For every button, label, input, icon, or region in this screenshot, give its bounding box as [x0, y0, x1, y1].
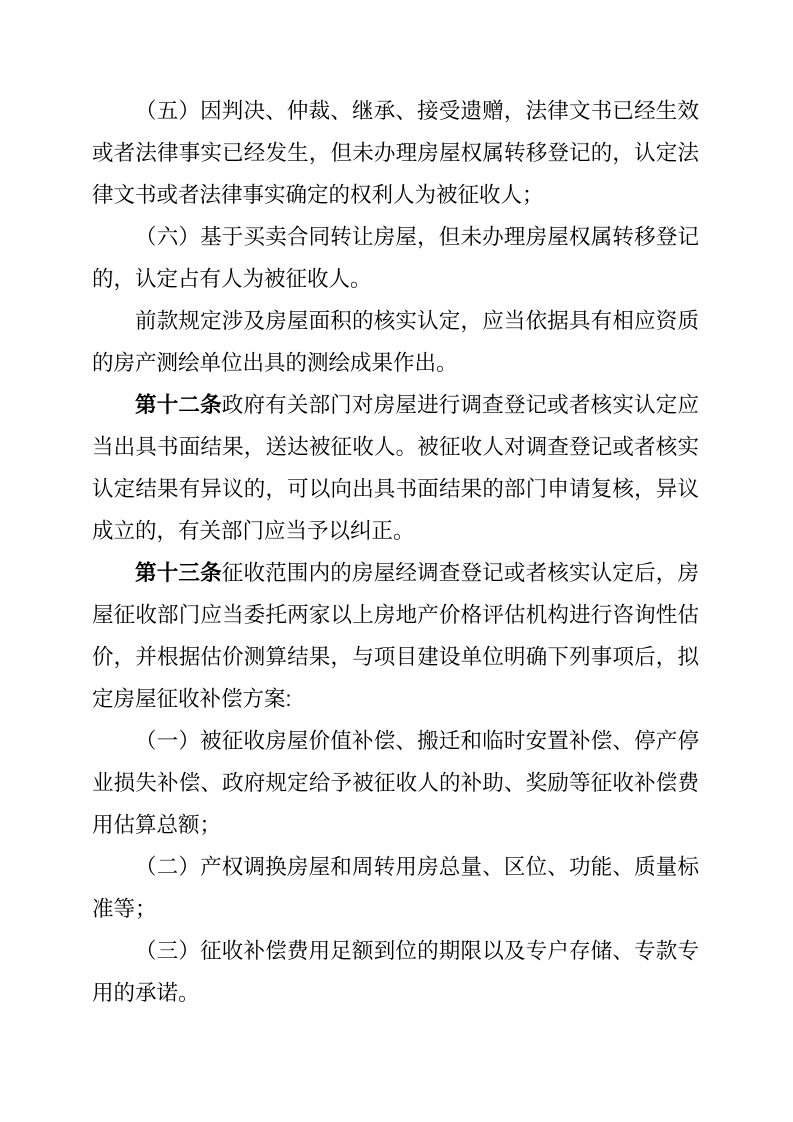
article-12-number: 第十二条	[135, 393, 222, 417]
clause-text: 前款规定涉及房屋面积的核实认定，应当依据具有相应资质的房产测绘单位出具的测绘成果…	[92, 309, 699, 375]
clause-item-6: （六）基于买卖合同转让房屋，但未办理房屋权属转移登记的，认定占有人为被征收人。	[92, 216, 699, 300]
clause-text: （三）征收补偿费用足额到位的期限以及专户存储、专款专用的承诺。	[92, 939, 699, 1005]
document-page: （五）因判决、仲裁、继承、接受遗赠，法律文书已经生效或者法律事实已经发生，但未办…	[0, 0, 793, 1122]
article-13-number: 第十三条	[135, 561, 222, 585]
list-item-3: （三）征收补偿费用足额到位的期限以及专户存储、专款专用的承诺。	[92, 930, 699, 1014]
clause-text: （六）基于买卖合同转让房屋，但未办理房屋权属转移登记的，认定占有人为被征收人。	[92, 225, 699, 291]
list-item-2: （二）产权调换房屋和周转用房总量、区位、功能、质量标准等；	[92, 846, 699, 930]
clause-text: （五）因判决、仲裁、继承、接受遗赠，法律文书已经生效或者法律事实已经发生，但未办…	[92, 99, 699, 207]
list-item-1: （一）被征收房屋价值补偿、搬迁和临时安置补偿、停产停业损失补偿、政府规定给予被征…	[92, 720, 699, 846]
document-body: （五）因判决、仲裁、继承、接受遗赠，法律文书已经生效或者法律事实已经发生，但未办…	[92, 90, 699, 1014]
clause-text: （一）被征收房屋价值补偿、搬迁和临时安置补偿、停产停业损失补偿、政府规定给予被征…	[92, 729, 699, 837]
article-12-paragraph: 第十二条政府有关部门对房屋进行调查登记或者核实认定应当出具书面结果，送达被征收人…	[92, 384, 699, 552]
preceding-clause-paragraph: 前款规定涉及房屋面积的核实认定，应当依据具有相应资质的房产测绘单位出具的测绘成果…	[92, 300, 699, 384]
clause-item-5: （五）因判决、仲裁、继承、接受遗赠，法律文书已经生效或者法律事实已经发生，但未办…	[92, 90, 699, 216]
clause-text: （二）产权调换房屋和周转用房总量、区位、功能、质量标准等；	[92, 855, 699, 921]
article-13-paragraph: 第十三条征收范围内的房屋经调查登记或者核实认定后，房屋征收部门应当委托两家以上房…	[92, 552, 699, 720]
